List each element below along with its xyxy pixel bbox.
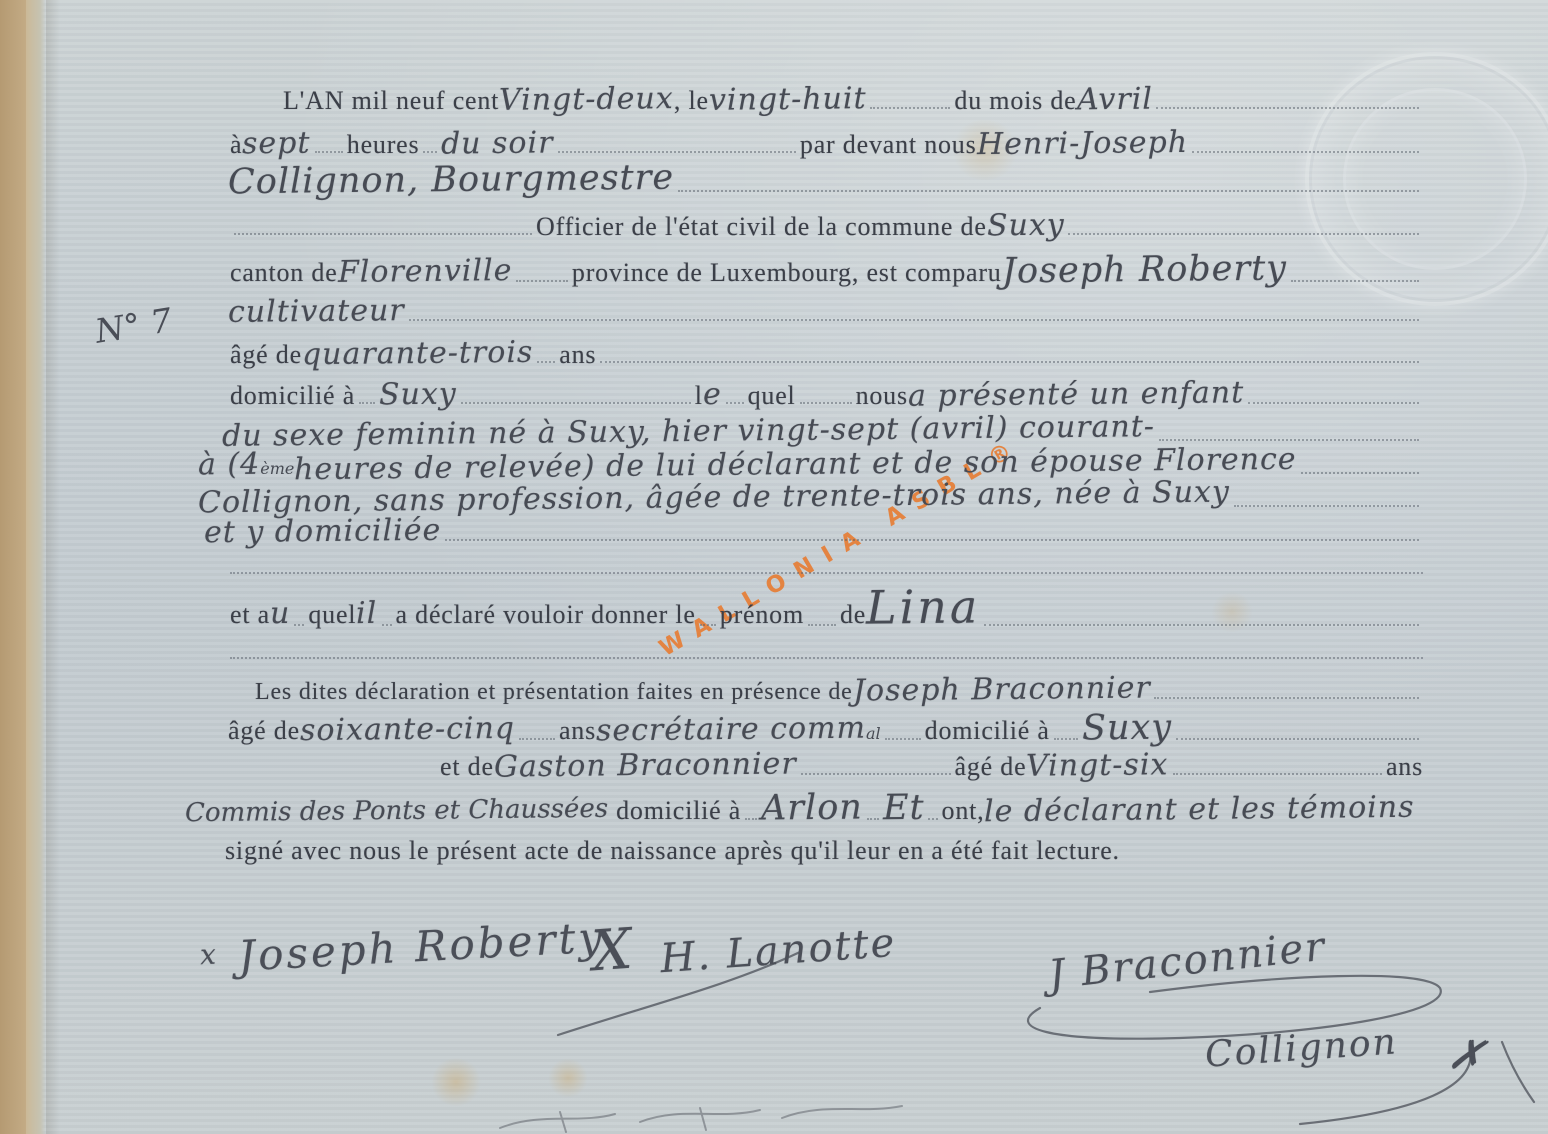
printed-et-de: et de [440, 752, 494, 782]
dotted-leader [537, 359, 555, 363]
printed-province: province de Luxembourg, est comparu [572, 258, 1002, 288]
dotted-leader [984, 622, 1419, 626]
signature-mark-2: X [590, 917, 634, 985]
printed-quel: quel [748, 381, 796, 411]
printed-et-a: et a [230, 600, 270, 630]
entry-witness1-name: Joseph Braconnier [852, 670, 1150, 708]
dotted-leader [600, 359, 1419, 363]
entry-lequel-e: e [703, 377, 722, 412]
dotted-leader [423, 149, 437, 153]
printed-closing-sentence: signé avec nous le présent acte de naiss… [225, 836, 1120, 866]
dotted-leader [230, 570, 1423, 574]
dotted-leader [700, 622, 716, 626]
entry-witness1-profession-sup: al [866, 724, 881, 743]
entry-commune: Suxy [986, 208, 1064, 244]
printed-nous: nous [856, 381, 908, 411]
entry-year: Vingt-deux [499, 81, 674, 118]
entry-witness1-domicile: Suxy [1082, 708, 1172, 749]
printed-age-label: âgé de [230, 340, 302, 370]
printed-de: de [840, 600, 866, 630]
dotted-leader [558, 149, 796, 153]
signature-clerk: H. Lanotte [659, 920, 898, 982]
paper-stain [430, 1058, 482, 1106]
bottom-cutoff-handwriting [500, 1106, 902, 1132]
entry-child-firstname: Lina [866, 579, 981, 634]
printed-domicile-label2: domicilié à [925, 716, 1050, 746]
dotted-leader [1173, 771, 1382, 775]
printed-month-label: du mois de [954, 86, 1076, 116]
dotted-leader [1234, 503, 1419, 507]
entry-declarant-domicile: Suxy [379, 377, 457, 413]
margin-entry-number: N° 7 [92, 300, 174, 351]
entry-il: il [356, 596, 378, 631]
dotted-leader [928, 816, 937, 820]
dotted-leader [516, 278, 568, 282]
dotted-leader [726, 400, 744, 404]
entry-et-hand: Et [883, 788, 925, 828]
dotted-leader [678, 188, 1419, 192]
signature-witness: J Braconnier [1046, 924, 1328, 999]
entry-declarant-profession: cultivateur [228, 293, 405, 330]
entry-witness1-profession: secrétaire comm [596, 711, 866, 749]
dotted-leader [1156, 105, 1419, 109]
entry-auquel-u: u [270, 596, 291, 631]
entry-canton: Florenville [337, 253, 512, 290]
entry-declarant-age: quarante-trois [302, 335, 534, 372]
entry-witness2-name: Gaston Braconnier [494, 746, 797, 784]
printed-year-intro: L'AN mil neuf cent [283, 86, 499, 116]
dotted-leader [1154, 695, 1419, 699]
signature-official-paraph: ✗ [1445, 1028, 1489, 1084]
dotted-leader [382, 622, 392, 626]
printed-quel2: quel [308, 600, 356, 630]
document-page: WALLONIA ASBL® N° 7 L'AN mil neuf cent V… [0, 0, 1548, 1134]
dotted-leader [801, 771, 951, 775]
dotted-leader [461, 400, 691, 404]
entry-witness2-age: Vingt-six [1026, 747, 1169, 783]
printed-prenom: prénom [720, 600, 804, 630]
dotted-leader [745, 816, 757, 820]
book-binding-edge [0, 0, 26, 1134]
entry-day: vingt-huit [709, 81, 867, 118]
entry-birth-hour: à (4 [198, 447, 261, 483]
dotted-leader [1176, 736, 1419, 740]
printed-ont: ont, [942, 796, 985, 826]
printed-domicile-label3: domicilié à [616, 796, 741, 826]
entry-declarants-witnesses: le déclarant et les témoins [984, 790, 1415, 830]
entry-period: du soir [441, 125, 554, 161]
printed-l: l [695, 381, 703, 411]
printed-age-label2: âgé de [228, 716, 300, 746]
entry-declarant-name: Joseph Roberty [1001, 249, 1286, 292]
entry-mother-domicile: et y domiciliée [204, 513, 442, 550]
entry-witness2-profession: Commis des Ponts et Chaussées [185, 794, 608, 828]
printed-domicile-label: domicilié à [230, 381, 355, 411]
entry-presented-child: a présenté un enfant [908, 375, 1245, 414]
dotted-leader [234, 231, 532, 235]
entry-officer-name-title: Collignon, Bourgmestre [228, 158, 674, 203]
printed-age-label3: âgé de [955, 752, 1027, 782]
entry-month: Avril [1076, 82, 1152, 118]
printed-before-us: par devant nous [800, 130, 977, 160]
paper-stain [548, 1058, 588, 1098]
entry-hour: sept [242, 126, 311, 162]
dotted-leader [1301, 470, 1419, 474]
printed-heures: heures [347, 130, 420, 160]
printed-declare: a déclaré vouloir donner le [396, 600, 696, 630]
entry-birth-hour-sup: ème [260, 459, 294, 478]
dotted-leader [870, 105, 950, 109]
dotted-leader [800, 400, 852, 404]
signature-mark-1: x [199, 938, 216, 972]
dotted-leader [1192, 149, 1419, 153]
printed-ans3: ans [1386, 752, 1423, 782]
dotted-leader [1248, 400, 1419, 404]
printed-civil-officer: Officier de l'état civil de la commune d… [536, 212, 987, 242]
page-edge-shadow [46, 0, 60, 1134]
dotted-leader [867, 816, 879, 820]
dotted-leader [1291, 278, 1419, 282]
printed-ans: ans [559, 340, 596, 370]
dotted-leader [315, 149, 343, 153]
entry-officer-firstname: Henri-Joseph [976, 125, 1187, 162]
dotted-leader [1068, 231, 1419, 235]
printed-ans2: ans [559, 716, 596, 746]
dotted-leader [359, 400, 375, 404]
printed-le: , le [674, 86, 709, 116]
signature-official: Collignon [1204, 1021, 1399, 1075]
dotted-leader [519, 736, 555, 740]
dotted-leader [808, 622, 836, 626]
dotted-leader [1054, 736, 1078, 740]
signature-declarant: Joseph Roberty [237, 912, 606, 980]
page-edge [26, 0, 46, 1134]
dotted-leader [230, 655, 1423, 659]
dotted-leader [445, 537, 1419, 541]
printed-canton-label: canton de [230, 258, 338, 288]
dotted-leader [1159, 437, 1419, 441]
dotted-leader [885, 736, 921, 740]
entry-witness2-domicile: Arlon [761, 787, 863, 828]
printed-at: à [230, 130, 242, 160]
dotted-leader [409, 317, 1419, 321]
entry-witness1-age: soixante-cinq [300, 711, 515, 748]
printed-witness-intro: Les dites déclaration et présentation fa… [255, 679, 853, 706]
dotted-leader [294, 622, 304, 626]
